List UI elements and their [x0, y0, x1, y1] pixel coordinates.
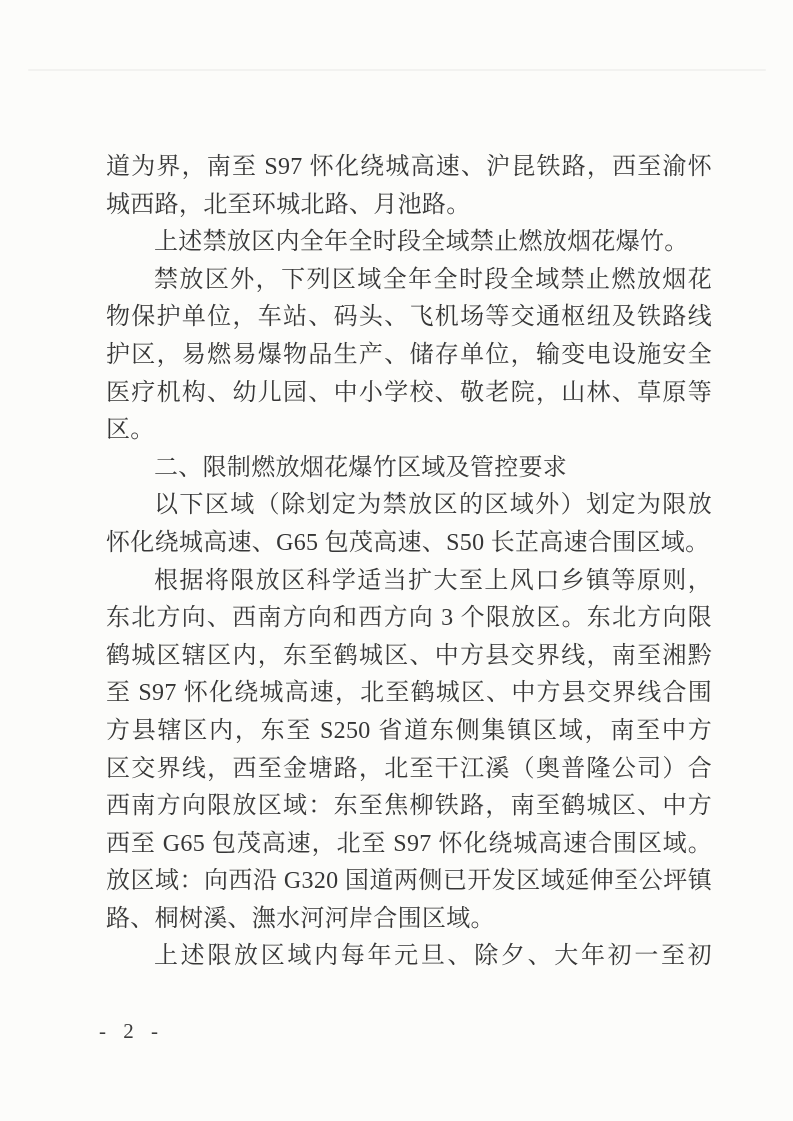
text-line: 怀化绕城高速、G65 包茂高速、S50 长芷高速合围区域。 [106, 525, 712, 563]
text-line: 方县辖区内，东至 S250 省道东侧集镇区域，南至中方县、鹤城 [106, 713, 712, 751]
text-line: 城西路，北至环城北路、月池路。 [106, 187, 712, 225]
text-line: 区交界线，西至金塘路，北至干江溪（奥普隆公司）合围区域。 [106, 751, 712, 789]
text-line: 医疗机构、幼儿园、中小学校、敬老院，山林、草原等重点防火 [106, 375, 712, 413]
text-line: 物保护单位，车站、码头、飞机场等交通枢纽及铁路线路安全保 [106, 299, 712, 337]
text-line: 上述禁放区内全年全时段全域禁止燃放烟花爆竹。 [106, 224, 712, 262]
text-line: 禁放区外，下列区域全年全时段全域禁止燃放烟花爆竹：文 [106, 262, 712, 300]
scan-smudge-artifact [28, 69, 766, 71]
text-line: 上述限放区域内每年元旦、除夕、大年初一至初三、元宵禁 [106, 938, 712, 976]
text-line: 护区，易燃易爆物品生产、储存单位，输变电设施安全保护区， [106, 337, 712, 375]
text-line: 鹤城区辖区内，东至鹤城区、中方县交界线，南至湘黔铁路，西 [106, 638, 712, 676]
text-line: 以下区域（除划定为禁放区的区域外）划定为限放区：S97 [106, 487, 712, 525]
text-line: 东北方向、西南方向和西方向 3 个限放区。东北方向限放区域： [106, 600, 712, 638]
text-line: 西南方向限放区域：东至焦柳铁路，南至鹤城区、中方县交界线， [106, 788, 712, 826]
text-line: 西至 G65 包茂高速，北至 S97 怀化绕城高速合围区域。西方向限 [106, 826, 712, 864]
text-line: 放区域：向西沿 G320 国道两侧已开发区域延伸至公坪镇湘黔铁 [106, 863, 712, 901]
text-line: 区。 [106, 412, 712, 450]
text-line: 道为界，南至 S97 怀化绕城高速、沪昆铁路，西至渝怀铁路、环 [106, 149, 712, 187]
text-line: 至 S97 怀化绕城高速，北至鹤城区、中方县交界线合围区域；中 [106, 675, 712, 713]
document-body-text: 道为界，南至 S97 怀化绕城高速、沪昆铁路，西至渝怀铁路、环城西路，北至环城北… [106, 149, 712, 976]
text-line: 路、桐树溪、潕水河河岸合围区域。 [106, 901, 712, 939]
text-line: 根据将限放区科学适当扩大至上风口乡镇等原则，扩展划定 [106, 563, 712, 601]
document-page: 道为界，南至 S97 怀化绕城高速、沪昆铁路，西至渝怀铁路、环城西路，北至环城北… [0, 0, 793, 1121]
page-number: - 2 - [99, 1019, 164, 1044]
text-line: 二、限制燃放烟花爆竹区域及管控要求 [106, 450, 712, 488]
